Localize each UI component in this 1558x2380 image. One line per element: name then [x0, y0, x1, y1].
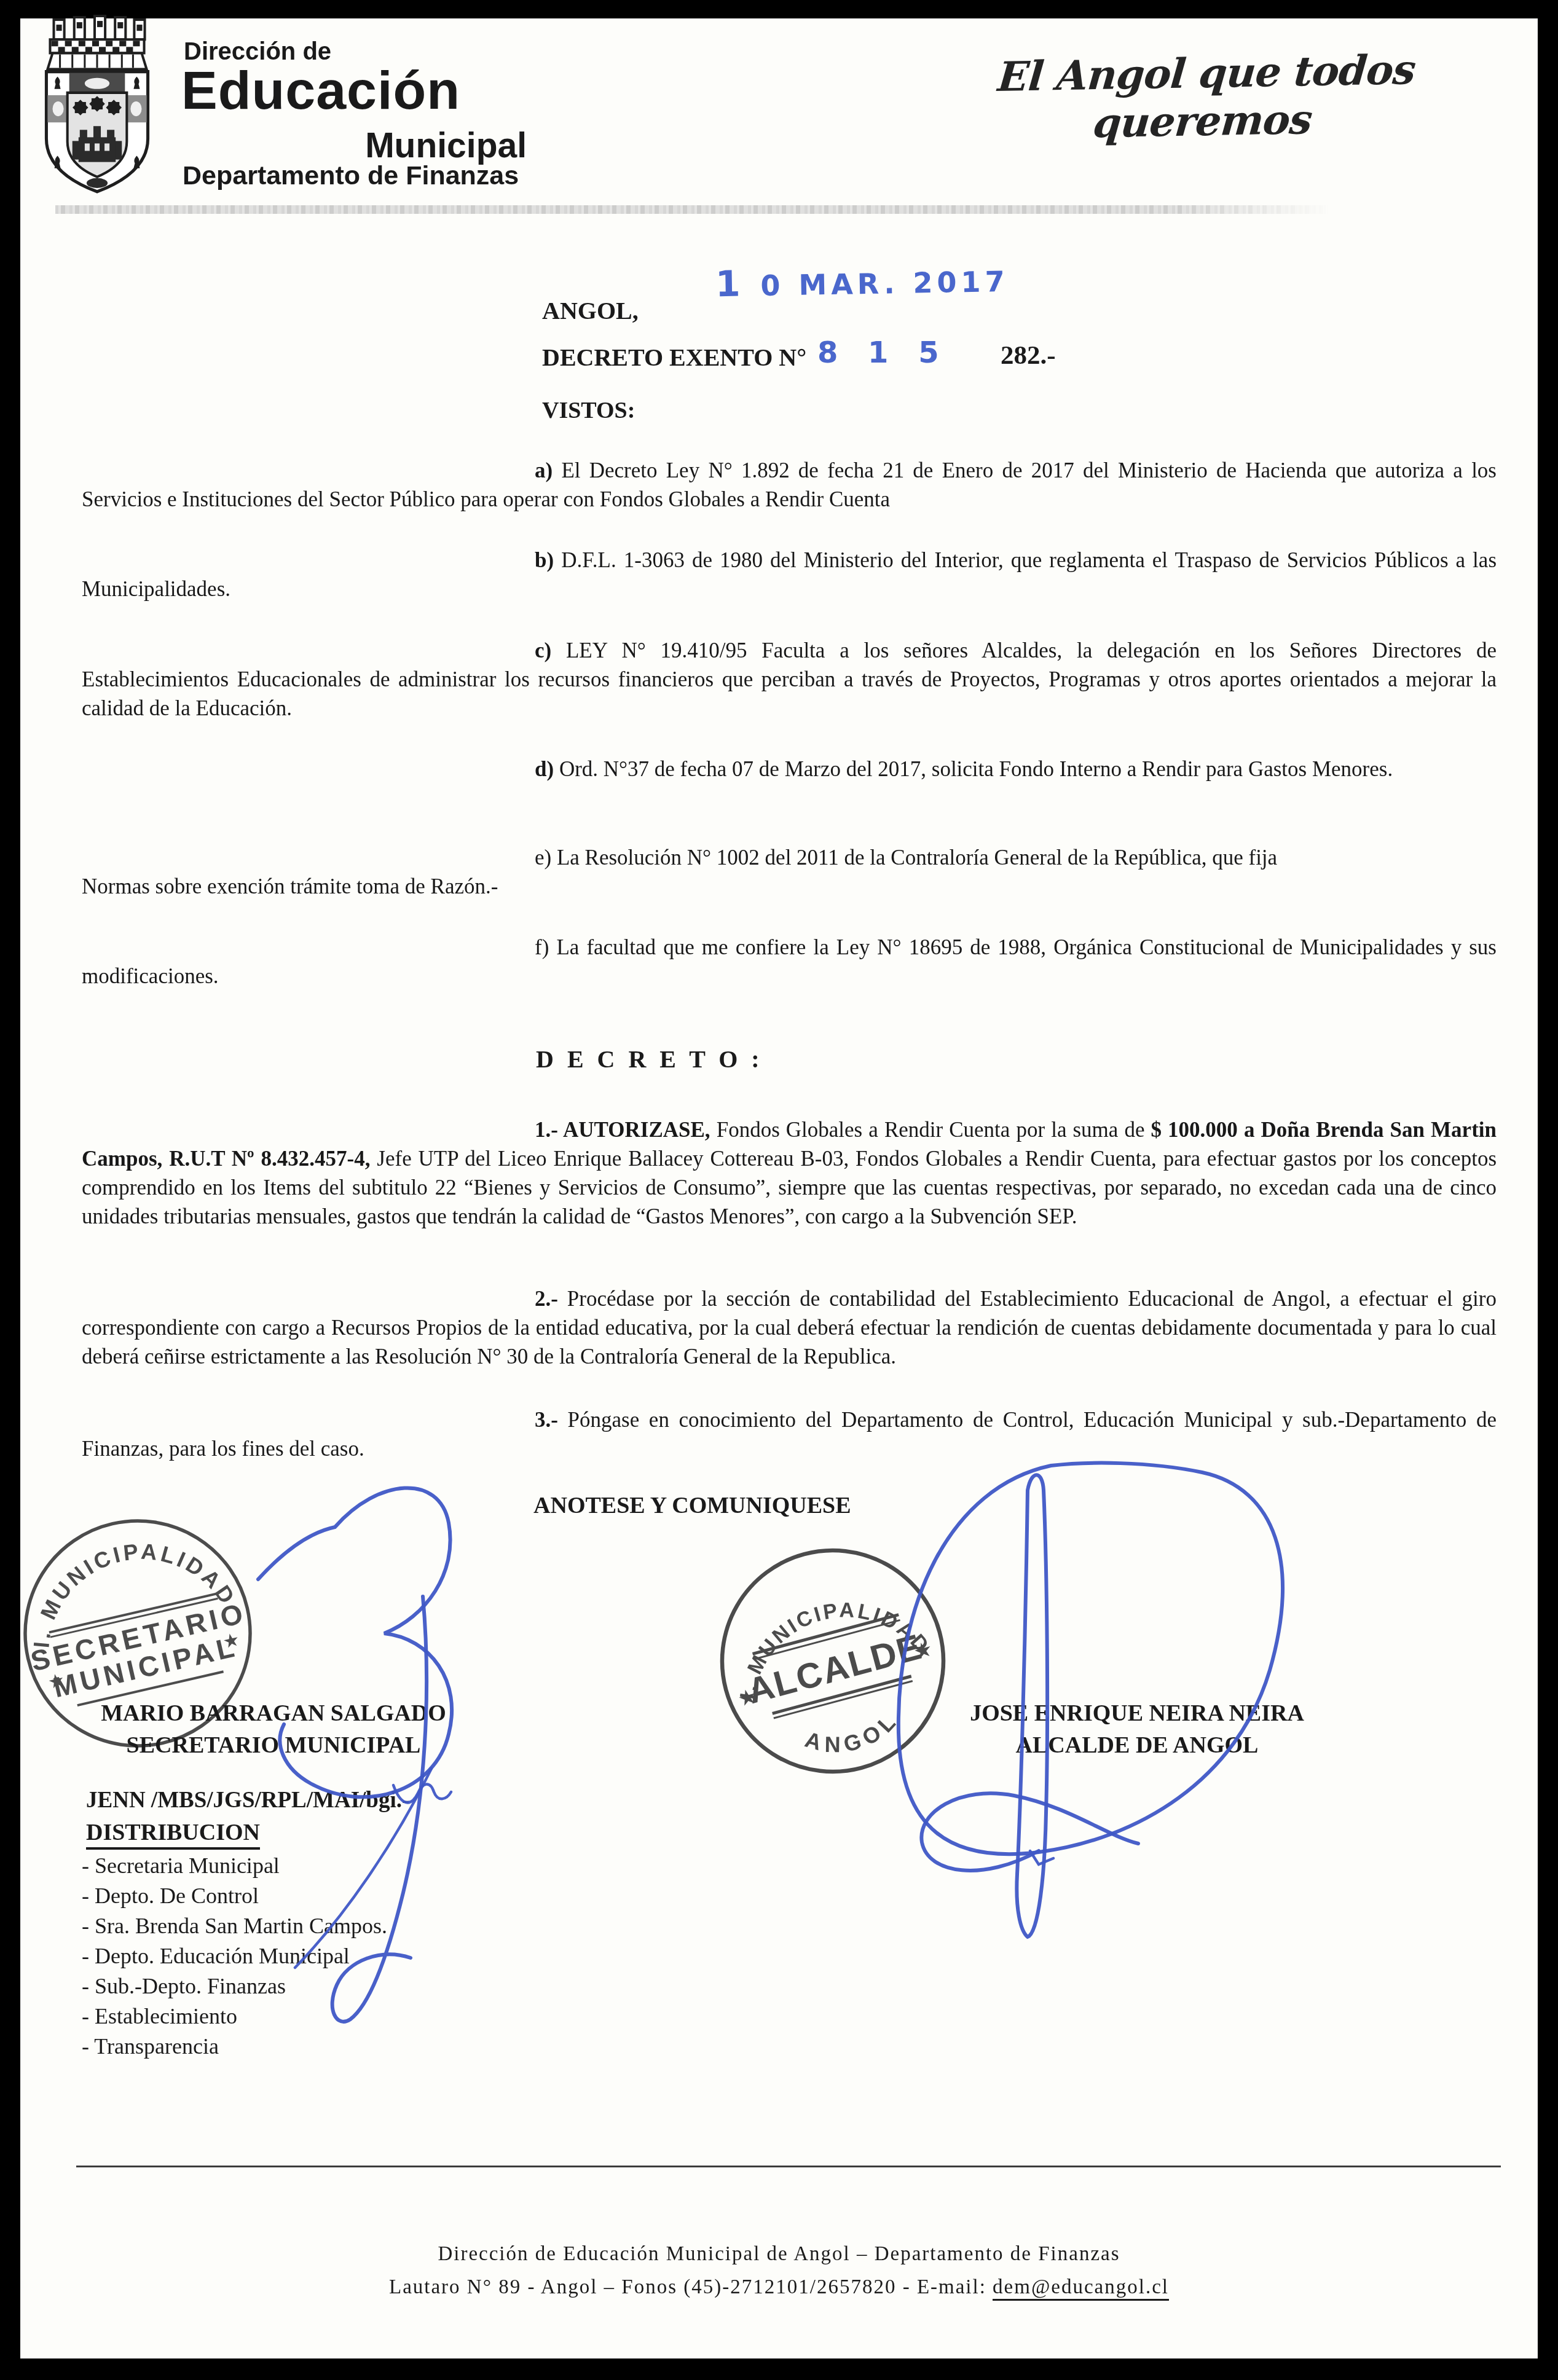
decree-number-stamp: 8 1 5: [817, 336, 949, 370]
stamp-bottom-text: ANGOL: [797, 1703, 908, 1768]
distribution-item: - Secretaria Municipal: [82, 1851, 387, 1881]
vistos-item-f: f) La facultad que me confiere la Ley N°…: [82, 933, 1497, 991]
city-label: ANGOL,: [542, 296, 639, 325]
date-stamp: 1 0 MAR. 2017: [715, 258, 1009, 305]
distribution-item: - Transparencia: [82, 2032, 387, 2062]
distribution-item: - Depto. Educación Municipal: [82, 1941, 387, 1971]
municipality-coat-of-arms-icon: [34, 15, 160, 194]
decree-number-typed: 282.-: [1001, 340, 1056, 371]
footer-address: Lautaro N° 89 - Angol – Fonos (45)-27121…: [389, 2276, 993, 2298]
initials-line: JENN /MBS/JGS/RPL/MAI/bgi.-: [86, 1787, 409, 1813]
vistos-item-d: d) Ord. N°37 de fecha 07 de Marzo del 20…: [82, 755, 1497, 784]
footer-line1: Dirección de Educación Municipal de Ango…: [0, 2243, 1558, 2266]
decreto-item-3: 3.- Póngase en conocimiento del Departam…: [82, 1405, 1497, 1463]
mayor-name-line: JOSE ENRIQUE NEIRA NEIRA: [932, 1697, 1342, 1729]
header-educacion: Educación: [181, 59, 460, 122]
date-stamp-rest: 0 MAR. 2017: [760, 265, 1009, 302]
distribution-item: - Sub.-Depto. Finanzas: [82, 1971, 387, 2001]
secretary-name-line: MARIO BARRAGAN SALGADO: [79, 1697, 468, 1729]
distribution-item: - Establecimiento: [82, 2001, 387, 2032]
distribution-item: - Sra. Brenda San Martin Campos.: [82, 1911, 387, 1941]
footer-line2: Lautaro N° 89 - Angol – Fonos (45)-27121…: [0, 2276, 1558, 2299]
footer-divider: [76, 2166, 1501, 2167]
vistos-heading: VISTOS:: [542, 397, 635, 424]
secretary-name: MARIO BARRAGAN SALGADO SECRETARIO MUNICI…: [79, 1697, 468, 1761]
scanned-decree-document: Dirección de Educación Municipal Departa…: [0, 0, 1558, 2380]
header-municipal: Municipal: [181, 125, 527, 166]
header-divider-band: [55, 205, 1331, 214]
vistos-item-e: e) La Resolución N° 1002 del 2011 de la …: [82, 843, 1497, 901]
decree-label: DECRETO EXENTO N°: [542, 343, 806, 372]
distribution-item: - Depto. De Control: [82, 1881, 387, 1911]
vistos-item-a: a) El Decreto Ley N° 1.892 de fecha 21 d…: [82, 456, 1497, 514]
mayor-title: ALCALDE DE ANGOL: [932, 1729, 1342, 1761]
vistos-item-b: b) D.F.L. 1-3063 de 1980 del Ministerio …: [82, 546, 1497, 603]
svg-text:ANGOL: ANGOL: [797, 1703, 908, 1768]
vistos-item-c: c) LEY N° 19.410/95 Faculta a los señore…: [82, 636, 1497, 723]
mayor-name: JOSE ENRIQUE NEIRA NEIRA ALCALDE DE ANGO…: [932, 1697, 1342, 1761]
header-departamento: Departamento de Finanzas: [183, 161, 519, 191]
anotese-heading: ANOTESE Y COMUNIQUESE: [533, 1492, 851, 1519]
decreto-heading: D E C R E T O :: [536, 1045, 763, 1074]
distribution-list: - Secretaria Municipal - Depto. De Contr…: [82, 1851, 387, 2062]
decreto-item-1: 1.- AUTORIZASE, Fondos Globales a Rendir…: [82, 1115, 1497, 1231]
date-stamp-day: 1: [715, 262, 747, 305]
footer-email: dem@educangol.cl: [993, 2276, 1169, 2301]
secretary-title: SECRETARIO MUNICIPAL: [79, 1729, 468, 1761]
distribution-heading: DISTRIBUCION: [86, 1819, 260, 1850]
slogan-script: El Angol que todos queremos: [905, 44, 1504, 150]
decreto-item-2: 2.- Procédase por la sección de contabil…: [82, 1284, 1497, 1371]
